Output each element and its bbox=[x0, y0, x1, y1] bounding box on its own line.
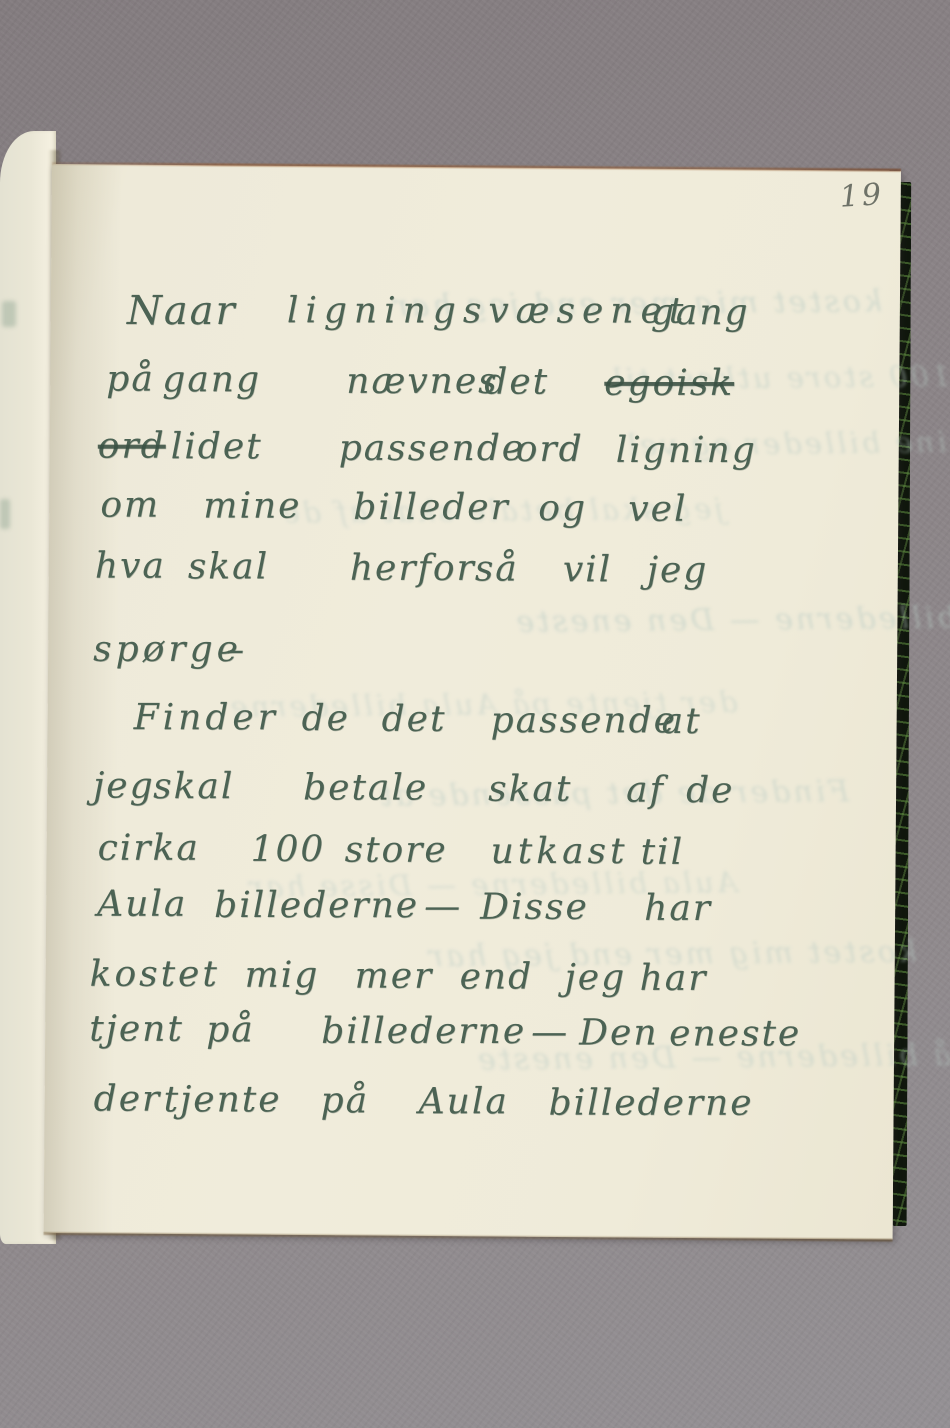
handwritten-word: ligningsvæsenet bbox=[287, 290, 690, 331]
handwritten-word: hva bbox=[95, 546, 166, 587]
handwritten-word: kostet bbox=[90, 954, 220, 995]
handwritten-word: gang bbox=[651, 292, 750, 333]
handwritten-word: billeder bbox=[353, 487, 509, 528]
handwritten-word: — bbox=[424, 886, 462, 927]
handwritten-word: billederne bbox=[321, 1011, 526, 1052]
handwritten-word: Den bbox=[579, 1012, 658, 1053]
handwritten-word: passende bbox=[339, 428, 525, 469]
leaf-ink-mark bbox=[0, 499, 10, 529]
handwritten-word: Aula bbox=[97, 884, 187, 925]
handwritten-word: skat bbox=[488, 769, 572, 810]
handwritten-word: jeg bbox=[565, 957, 627, 998]
handwritten-word: der bbox=[94, 1079, 162, 1120]
handwritten-word: betale bbox=[303, 767, 428, 808]
handwritten-word: tjente bbox=[164, 1079, 282, 1120]
handwritten-word: mine bbox=[203, 486, 301, 527]
handwritten-word: Disse bbox=[480, 887, 589, 928]
handwritten-word: utkast bbox=[491, 831, 629, 872]
handwritten-word: billederne bbox=[214, 885, 419, 926]
photographed-notebook: kostet mig mer end jeg harcirka 100 stor… bbox=[0, 0, 950, 1428]
handwritten-word: mig bbox=[245, 955, 320, 996]
handwritten-word: til bbox=[641, 832, 685, 873]
handwritten-word: at bbox=[662, 701, 702, 742]
notebook-page: kostet mig mer end jeg harcirka 100 stor… bbox=[44, 164, 901, 1240]
handwritten-word: egoisk bbox=[604, 363, 734, 404]
handwritten-word: de bbox=[686, 770, 734, 811]
handwritten-word: om bbox=[100, 485, 160, 526]
handwritten-word: herfor bbox=[350, 548, 476, 589]
handwritten-word: de bbox=[302, 698, 350, 739]
handwritten-word: gang bbox=[162, 359, 261, 400]
handwritten-word: ord bbox=[98, 426, 166, 467]
handwritten-word: på bbox=[321, 1080, 370, 1121]
handwritten-word: eneste bbox=[669, 1013, 801, 1054]
handwritten-word: spørge bbox=[93, 629, 242, 670]
handwritten-word: på bbox=[106, 359, 155, 400]
handwritten-word: – bbox=[226, 629, 246, 670]
handwritten-word: Finder bbox=[134, 697, 279, 738]
handwritten-word: vel bbox=[628, 489, 687, 530]
handwritten-word: af bbox=[626, 770, 665, 811]
handwritten-word: det bbox=[382, 699, 447, 740]
handwritten-word: vil bbox=[563, 549, 612, 590]
handwritten-word: på bbox=[206, 1009, 255, 1050]
handwritten-word: har bbox=[644, 888, 712, 929]
handwritten-word: jeg bbox=[93, 766, 155, 807]
handwritten-word: skal bbox=[188, 546, 269, 587]
handwritten-word: og bbox=[538, 488, 587, 529]
handwritten-word: Aula bbox=[419, 1081, 509, 1122]
handwritten-word: end bbox=[460, 956, 534, 997]
handwritten-word: mer bbox=[355, 956, 434, 997]
handwritten-word: ligning bbox=[616, 430, 757, 471]
handwritten-word: tjent bbox=[89, 1009, 184, 1050]
handwritten-word: billederne bbox=[549, 1083, 754, 1124]
handwritten-word: så bbox=[475, 548, 519, 589]
leaf-ink-mark bbox=[2, 301, 16, 327]
handwritten-word: store bbox=[345, 830, 448, 871]
handwritten-word: har bbox=[640, 958, 708, 999]
handwritten-word: ord bbox=[516, 429, 584, 470]
handwritten-word: Naar bbox=[127, 288, 237, 334]
handwritten-word: det bbox=[484, 362, 549, 403]
handwritten-word: skal bbox=[153, 766, 234, 807]
handwritten-word: passende bbox=[491, 700, 677, 741]
page-number: 19 bbox=[839, 177, 885, 215]
handwriting-layer: Naarligningsvæsenetgangpågangnævnesdeteg… bbox=[44, 164, 901, 1240]
handwritten-word: nævnes bbox=[346, 361, 498, 402]
handwritten-word: — bbox=[531, 1012, 569, 1053]
handwritten-word: jeg bbox=[647, 550, 709, 591]
handwritten-word: 100 bbox=[251, 829, 326, 870]
handwritten-word: cirka bbox=[98, 828, 200, 869]
handwritten-word: lidet bbox=[171, 426, 263, 467]
